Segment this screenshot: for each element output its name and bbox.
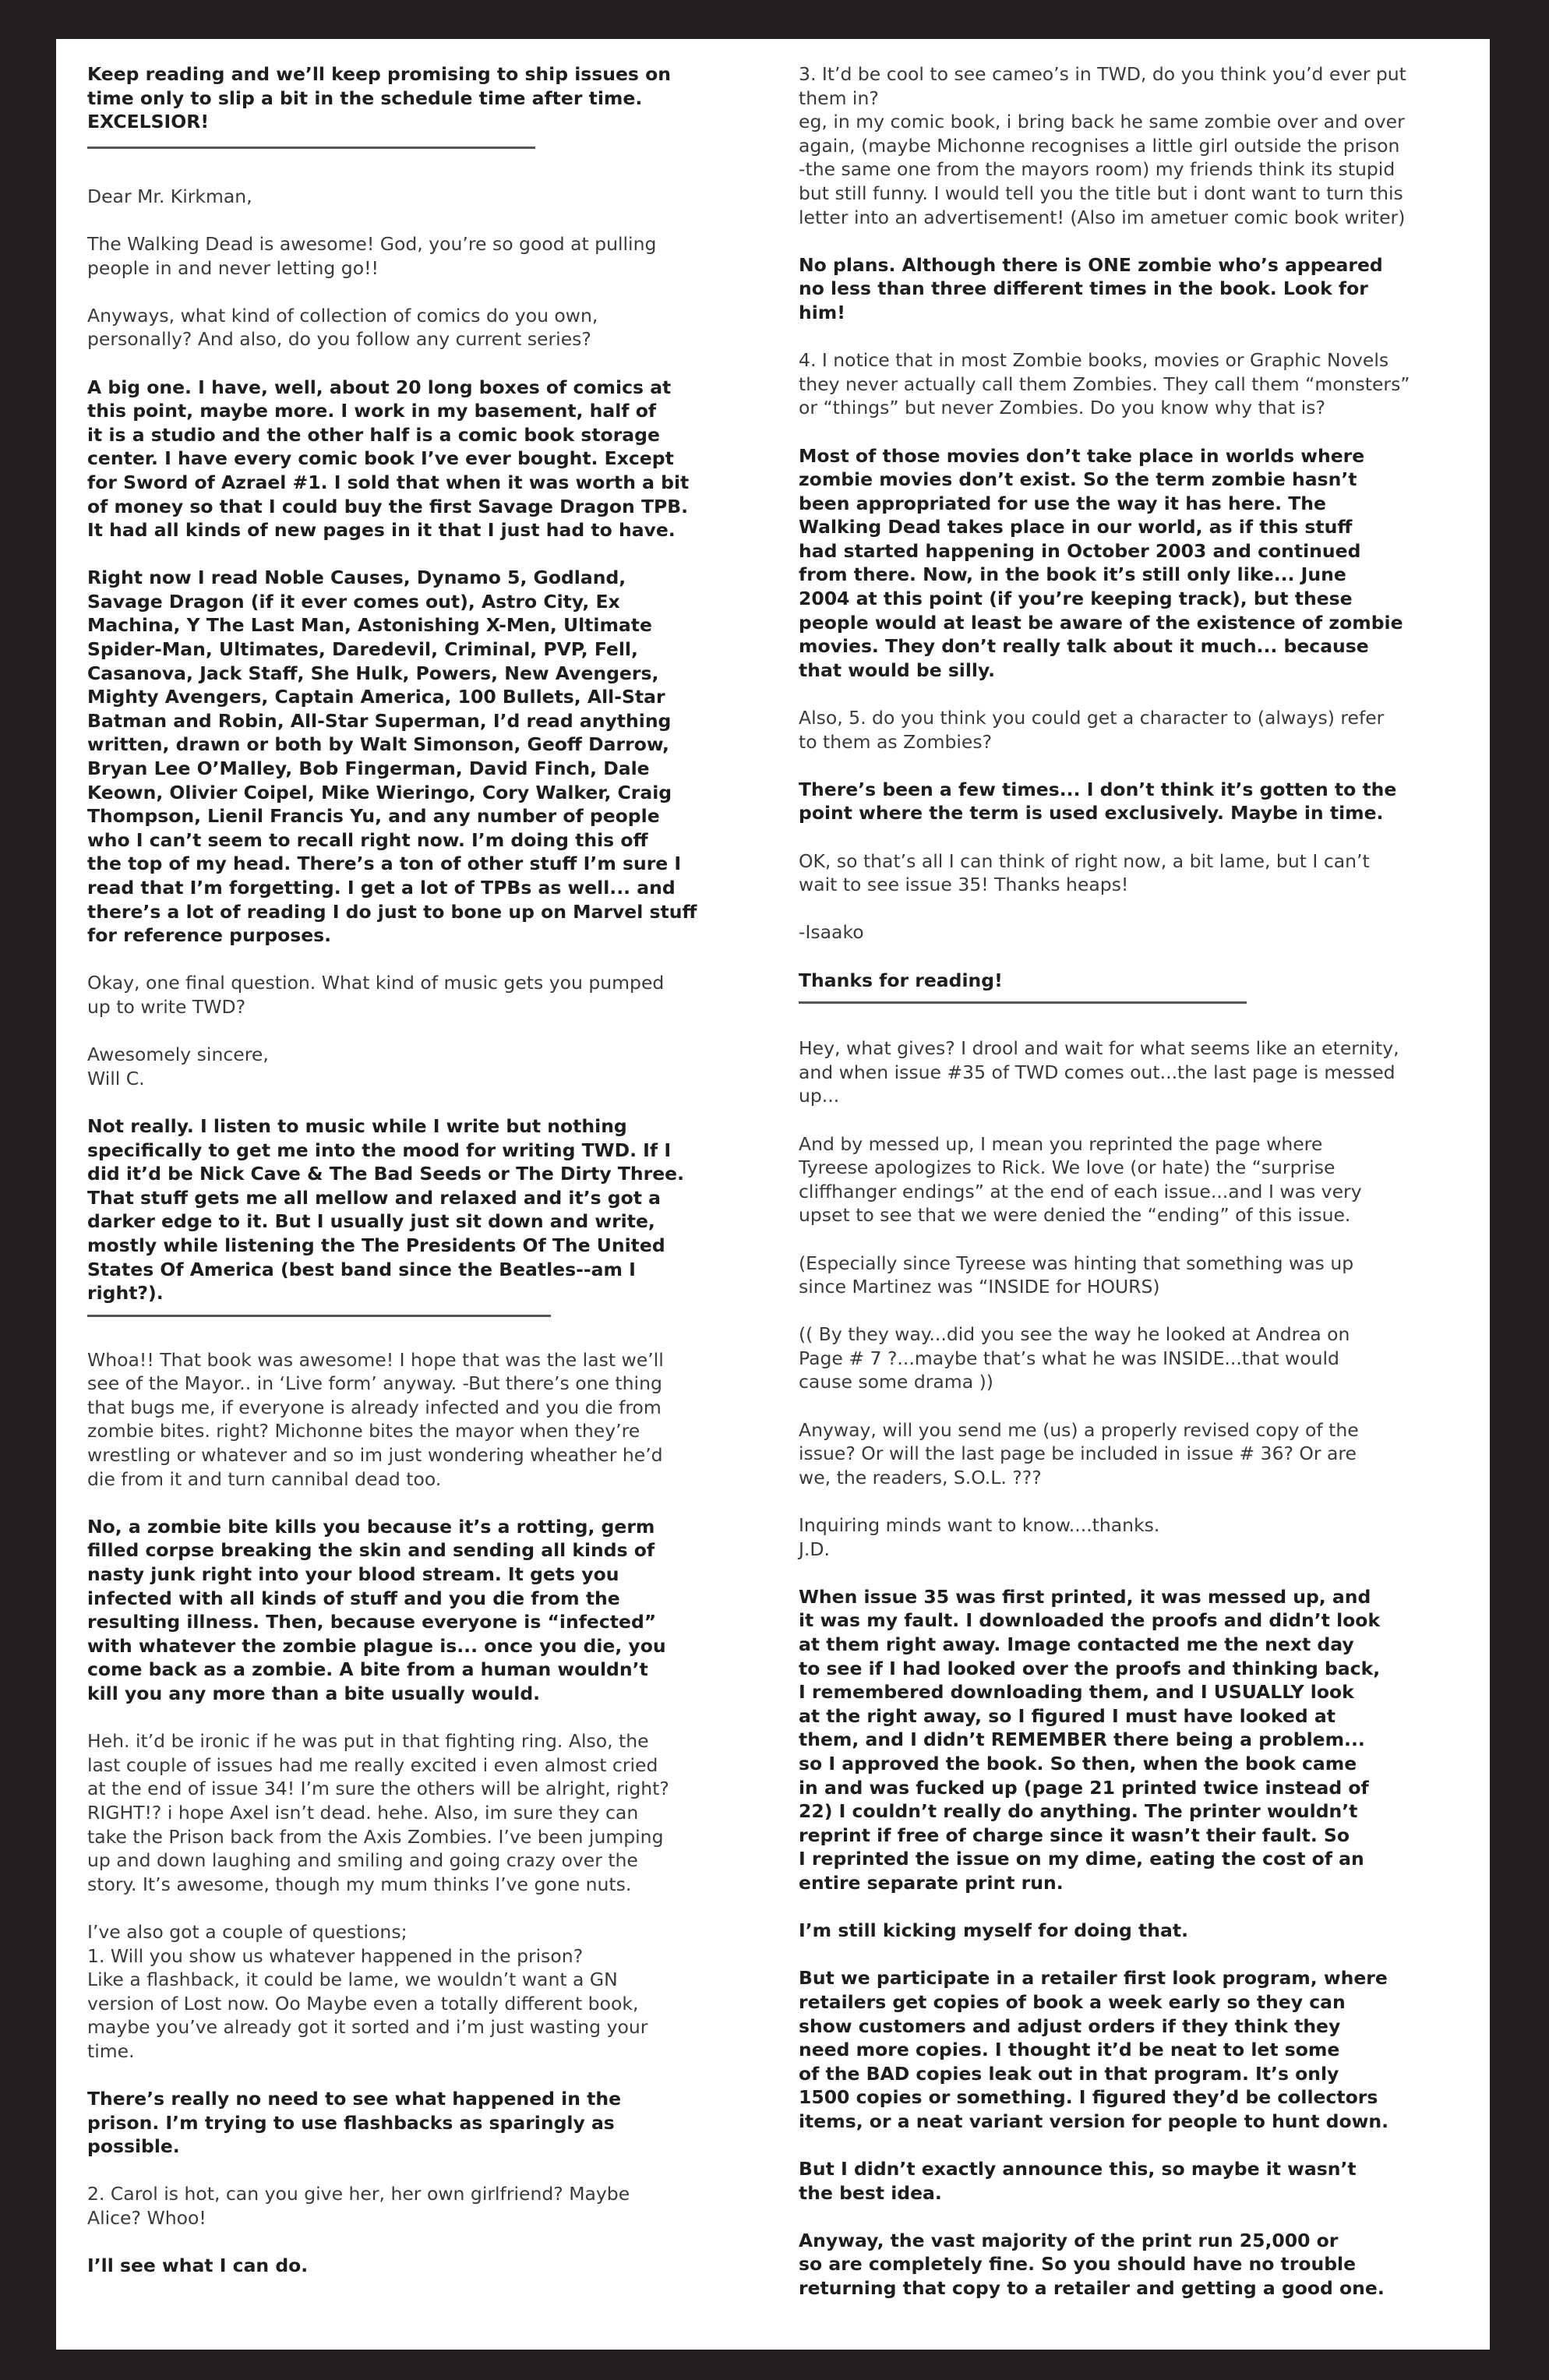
text-line: wrestling or whatever and so im just won…: [87, 1443, 773, 1467]
text-line: Okay, one final question. What kind of m…: [87, 971, 773, 995]
text-line: cause some drama )): [799, 1370, 1477, 1394]
text-line: 1500 copies or something. I figured they…: [799, 2085, 1477, 2110]
letters-page: Keep reading and we’ll keep promising to…: [56, 39, 1490, 2350]
editor-response: I’ll see what I can do.: [87, 2254, 773, 2278]
text-line: version of Lost now. Oo Maybe even a tot…: [87, 1992, 773, 2016]
text-line: and when issue #35 of TWD comes out...th…: [799, 1061, 1477, 1085]
text-line: Casanova, Jack Staff, She Hulk, Powers, …: [87, 662, 773, 686]
letter-signoff: Inquiring minds want to know....thanks.J…: [799, 1513, 1477, 1561]
text-line: I’ll see what I can do.: [87, 2254, 773, 2278]
text-line: or “things” but never Zombies. Do you kn…: [799, 396, 1477, 420]
text-line: possible.: [87, 2135, 773, 2159]
text-line: Inquiring minds want to know....thanks.: [799, 1513, 1477, 1538]
text-line: been appropriated for use the way it has…: [799, 492, 1477, 516]
text-line: zombie bites. right? Michonne bites the …: [87, 1419, 773, 1443]
text-line: A big one. I have, well, about 20 long b…: [87, 376, 773, 400]
text-line: at them right away. Image contacted me t…: [799, 1633, 1477, 1657]
text-line: it is a studio and the other half is a c…: [87, 423, 773, 447]
text-line: No plans. Although there is ONE zombie w…: [799, 253, 1477, 277]
text-line: It had all kinds of new pages in it that…: [87, 518, 773, 542]
text-line: to them as Zombies?: [799, 730, 1477, 754]
text-line: States Of America (best band since the B…: [87, 1258, 773, 1282]
text-line: no less than three different times in th…: [799, 277, 1477, 301]
text-line: RIGHT!? i hope Axel isn’t dead. hehe. Al…: [87, 1801, 773, 1825]
editor-response: I’m still kicking myself for doing that.: [799, 1919, 1477, 1943]
editor-response: But I didn’t exactly announce this, so m…: [799, 2157, 1477, 2205]
text-line: reprint if free of charge since it wasn’…: [799, 1824, 1477, 1848]
text-line: 1. Will you show us whatever happened in…: [87, 1944, 773, 1969]
letter-paragraph: OK, so that’s all I can think of right n…: [799, 849, 1477, 897]
text-line: who I can’t seem to recall right now. I’…: [87, 828, 773, 853]
letter-paragraph: 3. It’d be cool to see cameo’s in TWD, d…: [799, 62, 1477, 229]
text-line: zombie movies don’t exist. So the term z…: [799, 468, 1477, 492]
text-line: at the right away, so I figured I must h…: [799, 1704, 1477, 1729]
text-line: Whoa!! That book was awesome! I hope tha…: [87, 1348, 773, 1372]
text-line: them, and I didn’t REMEMBER there being …: [799, 1728, 1477, 1752]
text-line: come back as a zombie. A bite from a hum…: [87, 1658, 773, 1682]
letter-paragraph: (Especially since Tyreese was hinting th…: [799, 1252, 1477, 1299]
editor-response: There’s really no need to see what happe…: [87, 2087, 773, 2159]
text-line: And by messed up, I mean you reprinted t…: [799, 1132, 1477, 1156]
text-line: mostly while listening the The President…: [87, 1234, 773, 1258]
section-divider: [87, 147, 535, 149]
text-line: 2004 at this point (if you’re keeping tr…: [799, 587, 1477, 611]
text-line: right?).: [87, 1281, 773, 1305]
text-line: again, (maybe Michonne recognises a litt…: [799, 134, 1477, 158]
text-line: see of the Mayor.. in ‘Live form’ anyway…: [87, 1372, 773, 1396]
text-line: the top of my head. There’s a ton of oth…: [87, 852, 773, 876]
text-line: need more copies. I thought it’d be neat…: [799, 2038, 1477, 2062]
text-line: people in and never letting go!!: [87, 256, 773, 281]
text-line: Spider-Man, Ultimates, Daredevil, Crimin…: [87, 637, 773, 662]
text-line: kill you any more than a bite usually wo…: [87, 1682, 773, 1706]
text-line: for Sword of Azrael #1. I sold that when…: [87, 471, 773, 495]
text-line: for reference purposes.: [87, 923, 773, 948]
text-line: Anyway, will you send me (us) a properly…: [799, 1418, 1477, 1442]
text-line: they never actually call them Zombies. T…: [799, 373, 1477, 397]
editor-response: Thanks for reading!: [799, 969, 1477, 993]
letter-paragraph: Whoa!! That book was awesome! I hope tha…: [87, 1348, 773, 1492]
text-line: Tyreese apologizes to Rick. We love (or …: [799, 1156, 1477, 1180]
text-line: had started happening in October 2003 an…: [799, 539, 1477, 563]
text-line: take the Prison back from the Axis Zombi…: [87, 1825, 773, 1849]
letter-paragraph: 4. I notice that in most Zombie books, m…: [799, 348, 1477, 420]
text-line: infected with all kinds of stuff and you…: [87, 1587, 773, 1611]
letter-paragraph: Also, 5. do you think you could get a ch…: [799, 706, 1477, 754]
text-line: with whatever the zombie plague is... on…: [87, 1634, 773, 1658]
text-line: 4. I notice that in most Zombie books, m…: [799, 348, 1477, 373]
text-line: in and was fucked up (page 21 printed tw…: [799, 1776, 1477, 1800]
text-line: Right now I read Noble Causes, Dynamo 5,…: [87, 566, 773, 590]
text-line: Anyways, what kind of collection of comi…: [87, 304, 773, 328]
text-line: But I didn’t exactly announce this, so m…: [799, 2157, 1477, 2181]
text-line: up to write TWD?: [87, 995, 773, 1019]
letter-paragraph: (( By they way...did you see the way he …: [799, 1322, 1477, 1394]
text-line: Thompson, Lienil Francis Yu, and any num…: [87, 804, 773, 828]
text-line: of money so that I could buy the first S…: [87, 495, 773, 519]
text-line: so are completely fine. So you should ha…: [799, 2252, 1477, 2276]
text-line: I’m still kicking myself for doing that.: [799, 1919, 1477, 1943]
text-line: time only to slip a bit in the schedule …: [87, 87, 773, 111]
text-line: but still funny. I would tell you the ti…: [799, 182, 1477, 206]
editor-response: When issue 35 was first printed, it was …: [799, 1585, 1477, 1895]
text-line: we, the readers, S.O.L. ???: [799, 1466, 1477, 1490]
text-line: entire separate print run.: [799, 1871, 1477, 1895]
text-line: to see if I had looked over the proofs a…: [799, 1657, 1477, 1681]
text-line: did it’d be Nick Cave & The Bad Seeds or…: [87, 1162, 773, 1186]
text-line: There’s really no need to see what happe…: [87, 2087, 773, 2111]
text-line: returning that copy to a retailer and ge…: [799, 2276, 1477, 2301]
text-line: Page # 7 ?...maybe that’s what he was IN…: [799, 1347, 1477, 1371]
text-line: die from it and turn cannibal dead too.: [87, 1467, 773, 1492]
text-line: items, or a neat variant version for peo…: [799, 2110, 1477, 2134]
text-line: Thanks for reading!: [799, 969, 1477, 993]
text-line: -Isaako: [799, 920, 1477, 945]
letter-paragraph: Heh. it’d be ironic if he was put in tha…: [87, 1729, 773, 1896]
text-line: Will C.: [87, 1067, 773, 1091]
text-line: of the BAD copies leak out in that progr…: [799, 2062, 1477, 2086]
text-line: up and down laughing and smiling and goi…: [87, 1849, 773, 1873]
text-line: wait to see issue 35! Thanks heaps!: [799, 873, 1477, 897]
text-line: Mighty Avengers, Captain America, 100 Bu…: [87, 685, 773, 709]
section-divider: [87, 1315, 551, 1317]
letter-paragraph: Okay, one final question. What kind of m…: [87, 971, 773, 1019]
letter-salutation: Dear Mr. Kirkman,: [87, 185, 773, 209]
text-line: movies. They don’t really talk about it …: [799, 634, 1477, 659]
letter-paragraph: Hey, what gives? I drool and wait for wh…: [799, 1036, 1477, 1108]
editor-response: A big one. I have, well, about 20 long b…: [87, 376, 773, 542]
left-column: Keep reading and we’ll keep promising to…: [87, 62, 773, 2301]
text-line: darker edge to it. But I usually just si…: [87, 1209, 773, 1234]
text-line: I’ve also got a couple of questions;: [87, 1920, 773, 1944]
text-line: But we participate in a retailer first l…: [799, 1966, 1477, 1990]
text-line: show customers and adjust orders if they…: [799, 2015, 1477, 2039]
editor-response: Right now I read Noble Causes, Dynamo 5,…: [87, 566, 773, 948]
text-line: up...: [799, 1084, 1477, 1108]
letter-paragraph: The Walking Dead is awesome! God, you’re…: [87, 232, 773, 280]
letter-paragraph: Anyways, what kind of collection of comi…: [87, 304, 773, 351]
text-line: I remembered downloading them, and I USU…: [799, 1680, 1477, 1704]
text-line: Hey, what gives? I drool and wait for wh…: [799, 1036, 1477, 1061]
text-line: point where the term is used exclusively…: [799, 801, 1477, 825]
text-line: written, drawn or both by Walt Simonson,…: [87, 733, 773, 757]
editor-response: No plans. Although there is ONE zombie w…: [799, 253, 1477, 325]
text-line: I reprinted the issue on my dime, eating…: [799, 1847, 1477, 1871]
text-line: read that I’m forgetting. I get a lot of…: [87, 876, 773, 900]
text-line: letter into an advertisement! (Also im a…: [799, 206, 1477, 230]
text-line: Heh. it’d be ironic if he was put in tha…: [87, 1729, 773, 1753]
text-line: OK, so that’s all I can think of right n…: [799, 849, 1477, 874]
text-line: Keep reading and we’ll keep promising to…: [87, 62, 773, 87]
editor-response: Not really. I listen to music while I wr…: [87, 1114, 773, 1305]
text-line: J.D.: [799, 1538, 1477, 1562]
letter-signoff: Awesomely sincere,Will C.: [87, 1043, 773, 1090]
right-column: 3. It’d be cool to see cameo’s in TWD, d…: [799, 62, 1477, 2324]
text-line: at the end of issue 34! I’m sure the oth…: [87, 1777, 773, 1801]
text-line: Batman and Robin, All-Star Superman, I’d…: [87, 709, 773, 733]
text-line: people would at least be aware of the ex…: [799, 611, 1477, 635]
text-line: There’s been a few times... I don’t thin…: [799, 778, 1477, 802]
text-line: No, a zombie bite kills you because it’s…: [87, 1515, 773, 1539]
text-line: Keown, Olivier Coipel, Mike Wieringo, Co…: [87, 781, 773, 805]
text-line: Bryan Lee O’Malley, Bob Fingerman, David…: [87, 757, 773, 781]
text-line: resulting illness. Then, because everyon…: [87, 1610, 773, 1634]
section-divider: [799, 1001, 1247, 1004]
text-line: Alice? Whoo!: [87, 2206, 773, 2230]
text-line: that would be silly.: [799, 659, 1477, 683]
text-line: them in?: [799, 87, 1477, 111]
editor-response: Keep reading and we’ll keep promising to…: [87, 62, 773, 134]
text-line: maybe you’ve already got it sorted and i…: [87, 2015, 773, 2039]
text-line: Awesomely sincere,: [87, 1043, 773, 1067]
text-line: this point, maybe more. I work in my bas…: [87, 399, 773, 423]
letter-signoff: -Isaako: [799, 920, 1477, 945]
editor-response: Anyway, the vast majority of the print r…: [799, 2229, 1477, 2301]
text-line: Also, 5. do you think you could get a ch…: [799, 706, 1477, 730]
text-line: 2. Carol is hot, can you give her, her o…: [87, 2182, 773, 2206]
text-line: last couple of issues had me really exci…: [87, 1753, 773, 1778]
text-line: Most of those movies don’t take place in…: [799, 444, 1477, 468]
text-line: When issue 35 was first printed, it was …: [799, 1585, 1477, 1609]
editor-response: There’s been a few times... I don’t thin…: [799, 778, 1477, 825]
text-line: (Especially since Tyreese was hinting th…: [799, 1252, 1477, 1276]
text-line: The Walking Dead is awesome! God, you’re…: [87, 232, 773, 256]
text-line: specifically to get me into the mood for…: [87, 1139, 773, 1163]
text-line: Savage Dragon (if it ever comes out), As…: [87, 590, 773, 614]
text-line: prison. I’m trying to use flashbacks as …: [87, 2111, 773, 2135]
text-line: since Martinez was “INSIDE for HOURS): [799, 1275, 1477, 1299]
text-line: 3. It’d be cool to see cameo’s in TWD, d…: [799, 62, 1477, 87]
text-line: -the same one from the mayors room) my f…: [799, 157, 1477, 182]
letter-paragraph: And by messed up, I mean you reprinted t…: [799, 1132, 1477, 1227]
text-line: nasty junk right into your blood stream.…: [87, 1563, 773, 1587]
text-line: Anyway, the vast majority of the print r…: [799, 2229, 1477, 2253]
text-line: eg, in my comic book, i bring back he sa…: [799, 110, 1477, 134]
text-line: issue? Or will the last page be included…: [799, 1442, 1477, 1466]
text-line: from there. Now, in the book it’s still …: [799, 563, 1477, 587]
letter-paragraph: Anyway, will you send me (us) a properly…: [799, 1418, 1477, 1490]
text-line: EXCELSIOR!: [87, 110, 773, 134]
text-line: it was my fault. I downloaded the proofs…: [799, 1608, 1477, 1633]
text-line: retailers get copies of book a week earl…: [799, 1990, 1477, 2015]
editor-response: Most of those movies don’t take place in…: [799, 444, 1477, 683]
text-line: cliffhanger endings” at the end of each …: [799, 1180, 1477, 1204]
text-line: him!: [799, 301, 1477, 325]
text-line: Like a flashback, it could be lame, we w…: [87, 1968, 773, 1992]
editor-response: But we participate in a retailer first l…: [799, 1966, 1477, 2133]
text-line: center. I have every comic book I’ve eve…: [87, 447, 773, 471]
text-line: that bugs me, if everyone is already inf…: [87, 1396, 773, 1420]
text-line: (( By they way...did you see the way he …: [799, 1322, 1477, 1347]
text-line: Not really. I listen to music while I wr…: [87, 1114, 773, 1139]
text-line: personally? And also, do you follow any …: [87, 327, 773, 351]
text-line: Machina, Y The Last Man, Astonishing X-M…: [87, 613, 773, 637]
text-line: 22) I couldn’t really do anything. The p…: [799, 1799, 1477, 1824]
letter-paragraph: I’ve also got a couple of questions;1. W…: [87, 1920, 773, 2064]
text-line: so I approved the book. So then, when th…: [799, 1752, 1477, 1776]
text-line: time.: [87, 2039, 773, 2064]
text-line: That stuff gets me all mellow and relaxe…: [87, 1186, 773, 1210]
text-line: the best idea.: [799, 2181, 1477, 2205]
editor-response: No, a zombie bite kills you because it’s…: [87, 1515, 773, 1706]
text-line: there’s a lot of reading I do just to bo…: [87, 900, 773, 924]
text-line: story. It’s awesome, though my mum think…: [87, 1873, 773, 1897]
text-line: upset to see that we were denied the “en…: [799, 1203, 1477, 1227]
letter-paragraph: 2. Carol is hot, can you give her, her o…: [87, 2182, 773, 2230]
text-line: filled corpse breaking the skin and send…: [87, 1538, 773, 1563]
text-line: Walking Dead takes place in our world, a…: [799, 515, 1477, 539]
